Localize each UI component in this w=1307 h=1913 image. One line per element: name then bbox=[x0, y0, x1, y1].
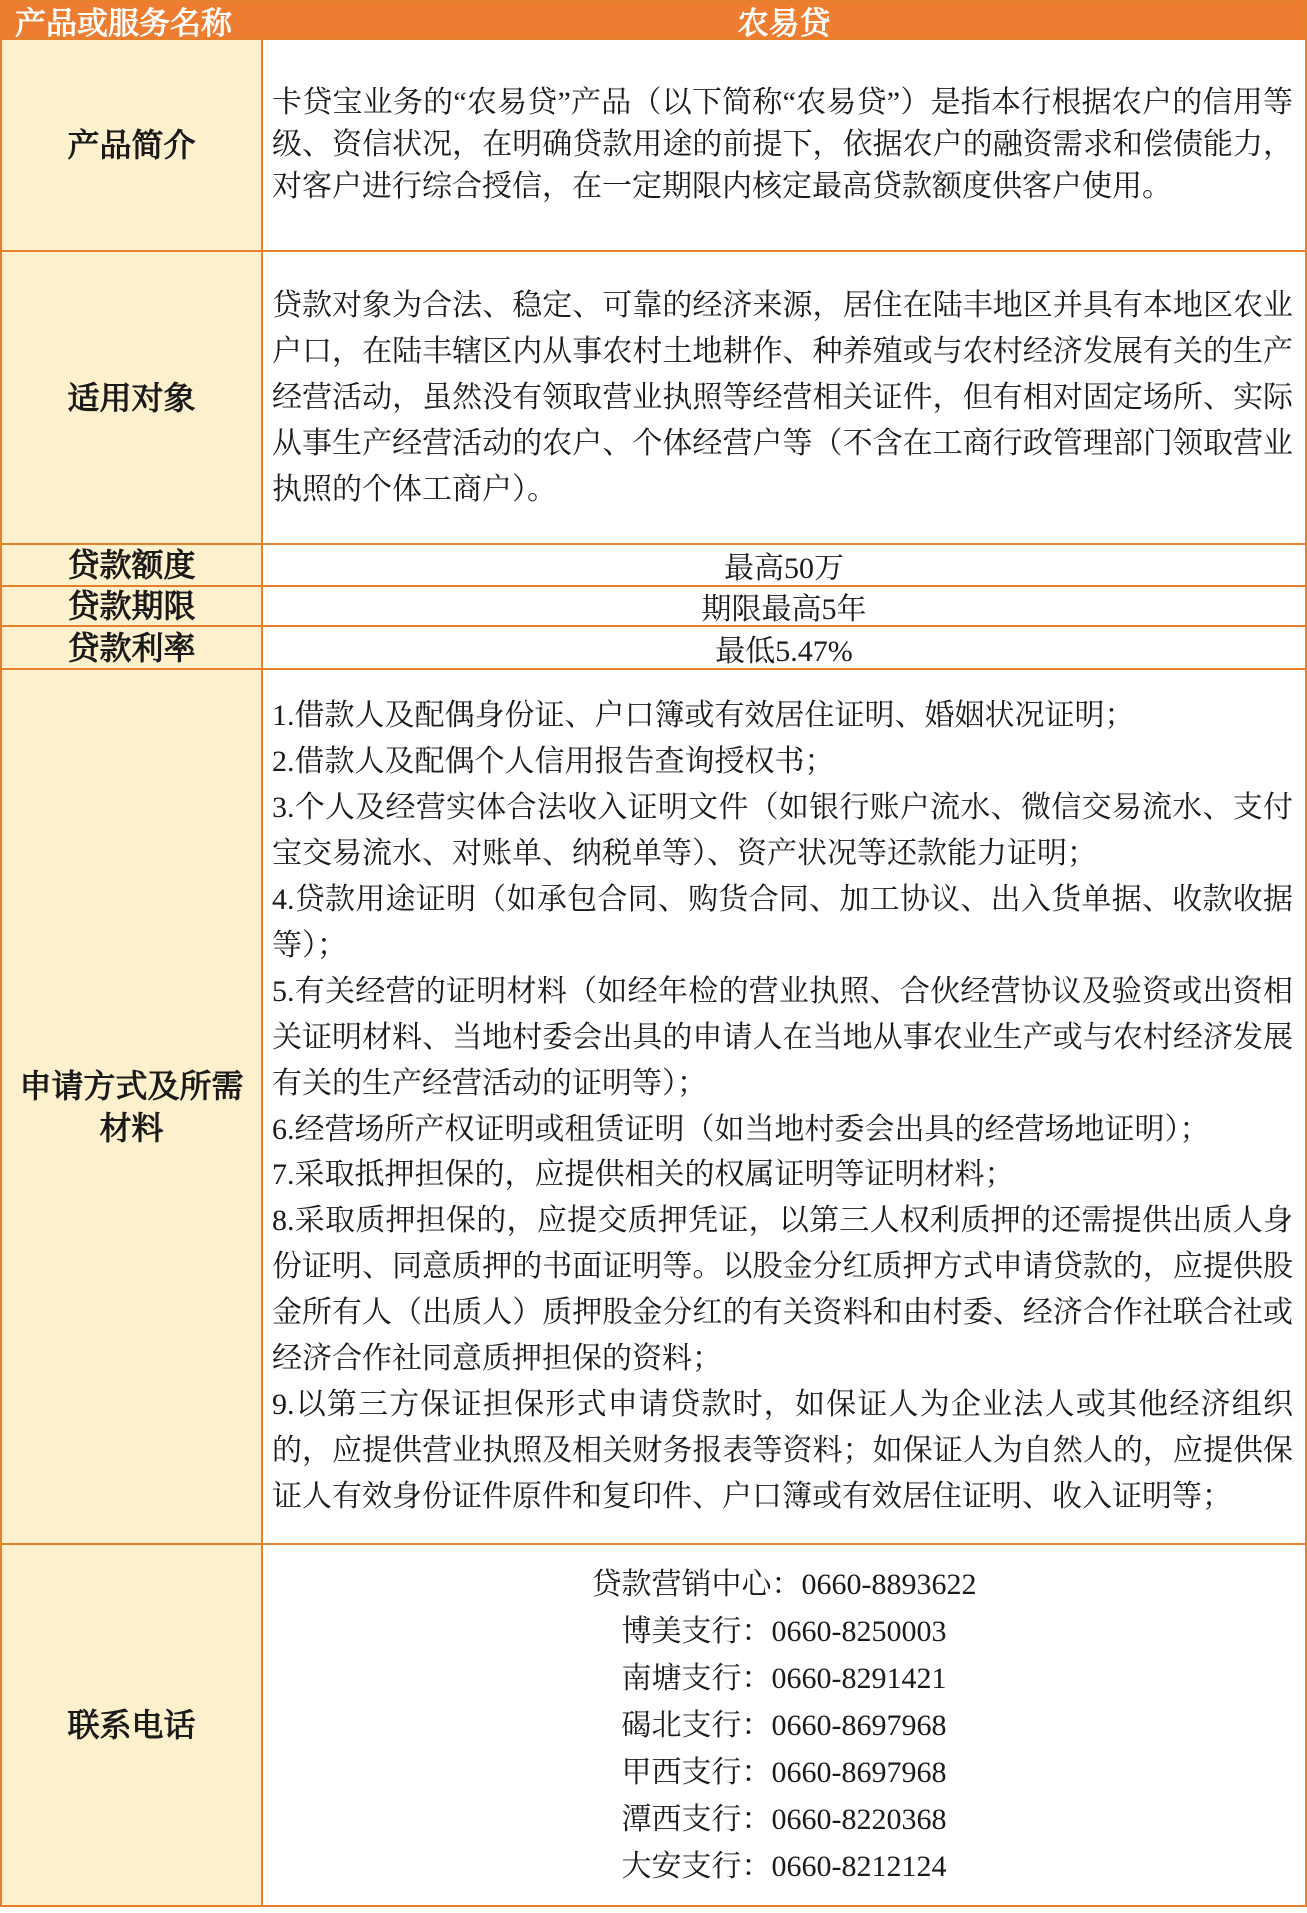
material-item: 3.个人及经营实体合法收入证明文件（如银行账户流水、微信交易流水、支付宝交易流水… bbox=[272, 785, 1293, 877]
contact-label: 联系电话 bbox=[67, 1704, 195, 1746]
term-label-cell: 贷款期限 bbox=[2, 587, 263, 625]
row-loan-amount: 贷款额度 最高50万 bbox=[2, 545, 1305, 587]
product-sheet: 产品或服务名称 农易贷 产品简介 卡贷宝业务的“农易贷”产品（以下简称“农易贷”… bbox=[0, 0, 1307, 1913]
rate-value: 最低5.47% bbox=[263, 627, 1305, 668]
row-contact-phone: 联系电话 贷款营销中心：0660-8893622 博美支行：0660-82500… bbox=[2, 1545, 1305, 1905]
target-text: 贷款对象为合法、稳定、可靠的经济来源，居住在陆丰地区并具有本地区农业户口，在陆丰… bbox=[263, 283, 1305, 513]
header-name-label: 产品或服务名称 bbox=[15, 0, 232, 43]
material-item: 7.采取抵押担保的，应提供相关的权属证明等证明材料； bbox=[272, 1152, 1293, 1198]
intro-label-cell: 产品简介 bbox=[2, 40, 263, 250]
material-item: 4.贷款用途证明（如承包合同、购货合同、加工协议、出入货单据、收款收据等）； bbox=[272, 877, 1293, 969]
contact-line: 南塘支行：0660-8291421 bbox=[263, 1655, 1305, 1702]
contact-label-cell: 联系电话 bbox=[2, 1545, 263, 1905]
intro-text: 卡贷宝业务的“农易贷”产品（以下简称“农易贷”）是指本行根据农户的信用等级、资信… bbox=[263, 82, 1305, 208]
material-item: 2.借款人及配偶个人信用报告查询授权书； bbox=[272, 739, 1293, 785]
material-item: 9.以第三方保证担保形式申请贷款时，如保证人为企业法人或其他经济组织的，应提供营… bbox=[272, 1382, 1293, 1520]
contact-content-cell: 贷款营销中心：0660-8893622 博美支行：0660-8250003 南塘… bbox=[263, 1545, 1305, 1905]
amount-label-cell: 贷款额度 bbox=[2, 545, 263, 585]
term-value: 期限最高5年 bbox=[263, 587, 1305, 625]
intro-content-cell: 卡贷宝业务的“农易贷”产品（以下简称“农易贷”）是指本行根据农户的信用等级、资信… bbox=[263, 40, 1305, 250]
amount-value: 最高50万 bbox=[263, 545, 1305, 585]
table-header-row: 产品或服务名称 农易贷 bbox=[2, 2, 1305, 40]
target-label-cell: 适用对象 bbox=[2, 252, 263, 543]
materials-content-cell: 1.借款人及配偶身份证、户口簿或有效居住证明、婚姻状况证明； 2.借款人及配偶个… bbox=[263, 670, 1305, 1543]
material-item: 6.经营场所产权证明或租赁证明（如当地村委会出具的经营场地证明）； bbox=[272, 1107, 1293, 1153]
material-item: 1.借款人及配偶身份证、户口簿或有效居住证明、婚姻状况证明； bbox=[272, 693, 1293, 739]
rate-label: 贷款利率 bbox=[67, 627, 195, 669]
materials-label: 申请方式及所需材料 bbox=[16, 1065, 247, 1149]
materials-label-cell: 申请方式及所需材料 bbox=[2, 670, 263, 1543]
contact-line: 贷款营销中心：0660-8893622 bbox=[263, 1561, 1305, 1608]
header-product-cell: 农易贷 bbox=[263, 2, 1305, 38]
target-label: 适用对象 bbox=[67, 377, 195, 419]
material-item: 8.采取质押担保的，应提交质押凭证，以第三人权利质押的还需提供出质人身份证明、同… bbox=[272, 1198, 1293, 1382]
product-name: 农易贷 bbox=[738, 0, 831, 43]
contact-line: 博美支行：0660-8250003 bbox=[263, 1608, 1305, 1655]
row-product-intro: 产品简介 卡贷宝业务的“农易贷”产品（以下简称“农易贷”）是指本行根据农户的信用… bbox=[2, 40, 1305, 252]
material-item: 5.有关经营的证明材料（如经年检的营业执照、合伙经营协议及验资或出资相关证明材料… bbox=[272, 969, 1293, 1107]
amount-label: 贷款额度 bbox=[67, 544, 195, 586]
materials-list: 1.借款人及配偶身份证、户口簿或有效居住证明、婚姻状况证明； 2.借款人及配偶个… bbox=[263, 693, 1305, 1519]
contact-line: 潭西支行：0660-8220368 bbox=[263, 1796, 1305, 1843]
row-application-materials: 申请方式及所需材料 1.借款人及配偶身份证、户口簿或有效居住证明、婚姻状况证明；… bbox=[2, 670, 1305, 1545]
contact-line: 大安支行：0660-8212124 bbox=[263, 1843, 1305, 1890]
row-applicable-target: 适用对象 贷款对象为合法、稳定、可靠的经济来源，居住在陆丰地区并具有本地区农业户… bbox=[2, 252, 1305, 545]
target-content-cell: 贷款对象为合法、稳定、可靠的经济来源，居住在陆丰地区并具有本地区农业户口，在陆丰… bbox=[263, 252, 1305, 543]
product-info-table: 产品或服务名称 农易贷 产品简介 卡贷宝业务的“农易贷”产品（以下简称“农易贷”… bbox=[0, 0, 1307, 1907]
row-loan-term: 贷款期限 期限最高5年 bbox=[2, 587, 1305, 627]
header-name-cell: 产品或服务名称 bbox=[2, 2, 263, 38]
contact-line: 甲西支行：0660-8697968 bbox=[263, 1749, 1305, 1796]
contact-line: 碣北支行：0660-8697968 bbox=[263, 1702, 1305, 1749]
row-loan-rate: 贷款利率 最低5.47% bbox=[2, 627, 1305, 670]
term-label: 贷款期限 bbox=[67, 585, 195, 627]
rate-label-cell: 贷款利率 bbox=[2, 627, 263, 668]
contact-list: 贷款营销中心：0660-8893622 博美支行：0660-8250003 南塘… bbox=[263, 1561, 1305, 1890]
intro-label: 产品简介 bbox=[67, 124, 195, 166]
